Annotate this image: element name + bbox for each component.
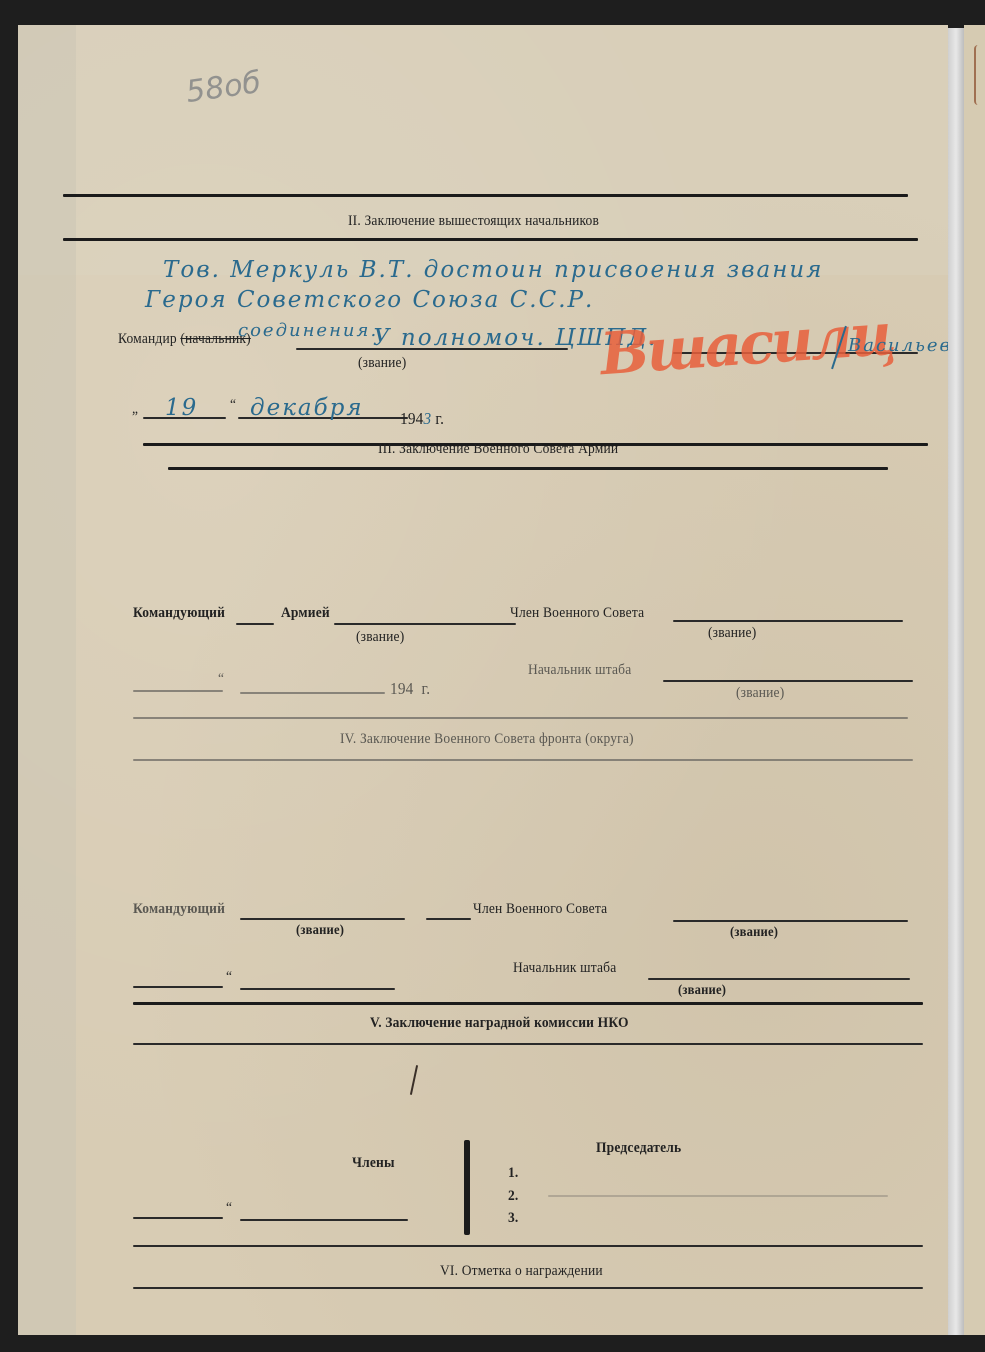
council-rank-caption: (звание) — [708, 625, 756, 642]
front-council-rank-line — [673, 920, 908, 922]
date-year: 194 г. — [390, 679, 430, 699]
document-page: 58об II. Заключение вышестоящих начальни… — [18, 25, 948, 1335]
scan-background — [0, 1335, 985, 1352]
divider — [133, 1043, 923, 1045]
quote-mark: “ — [226, 1200, 232, 1217]
adjacent-page-edge — [964, 25, 985, 1335]
divider — [133, 717, 908, 719]
front-chief-rank-line — [648, 978, 910, 980]
army-rank-line — [334, 623, 516, 625]
chief-rank-line — [663, 680, 913, 682]
army-chief-of-staff-label: Начальник штаба — [528, 662, 631, 679]
date-quote-close: “ — [230, 397, 236, 414]
vertical-separator — [464, 1140, 470, 1235]
faint-line — [548, 1195, 888, 1197]
army-rank-caption: (звание) — [356, 629, 404, 646]
handwritten-recommendation-line2: Героя Советского Союза С.С.Р. — [145, 287, 594, 313]
date-year-prefix: 194 — [400, 409, 423, 428]
date-month-line — [240, 692, 385, 694]
council-rank-line — [673, 620, 903, 622]
date-month-line — [240, 988, 395, 990]
date-day-line — [133, 986, 223, 988]
date-g: г. — [422, 679, 431, 698]
section-6-title: VI. Отметка о награждении — [440, 1263, 603, 1280]
handwritten-insert: соединения. — [238, 320, 378, 341]
front-commander-rank-caption: (звание) — [296, 923, 344, 939]
commander-label-text: Командир — [118, 331, 177, 347]
section-4-title: IV. Заключение Военного Совета фронта (о… — [340, 731, 634, 748]
blank-line — [236, 623, 274, 625]
date-month-line — [240, 1219, 408, 1221]
date-year-suffix: 3 — [423, 409, 431, 428]
struck-label: (начальник) — [180, 331, 250, 347]
member-3: 3. — [508, 1210, 518, 1227]
front-chief-of-staff-label: Начальник штаба — [513, 960, 616, 977]
date-day: 19 — [165, 395, 198, 421]
date-year-prefix: 194 — [390, 679, 413, 698]
paper-left-strip — [18, 25, 76, 1335]
divider — [133, 1245, 923, 1247]
divider — [168, 467, 888, 470]
army-label: Армией — [281, 605, 330, 622]
front-council-member-label: Член Военного Совета — [473, 901, 607, 918]
section-2-title: II. Заключение вышестоящих начальников — [348, 213, 599, 230]
divider — [63, 238, 918, 241]
date-year: 1943 г. — [400, 409, 444, 429]
handwritten-recommendation-line1: Тов. Меркуль В.Т. достоин присвоения зва… — [163, 257, 823, 283]
member-2: 2. — [508, 1188, 518, 1205]
divider — [133, 1002, 923, 1005]
front-commander-rank-line — [240, 918, 405, 920]
front-council-rank-caption: (звание) — [730, 925, 778, 941]
front-chief-rank-caption: (звание) — [678, 983, 726, 999]
divider — [63, 194, 908, 197]
quote-mark: “ — [226, 969, 232, 986]
army-commander-label: Командующий — [133, 605, 225, 622]
signer-name: Васильев — [848, 335, 952, 356]
divider — [133, 1287, 923, 1289]
date-month: декабря — [250, 395, 364, 421]
date-day-line — [133, 1217, 223, 1219]
pencil-stroke — [410, 1065, 418, 1095]
divider — [133, 759, 913, 761]
adjacent-page-mark — [974, 45, 982, 105]
chief-rank-caption: (звание) — [736, 685, 784, 702]
date-day-line — [133, 690, 223, 692]
section-5-title: V. Заключение наградной комиссии НКО — [370, 1015, 629, 1032]
members-label: Члены — [352, 1155, 395, 1172]
army-council-member-label: Член Военного Совета — [510, 605, 644, 622]
section-3-title: III. Заключение Военного Совета Армии — [378, 441, 618, 458]
date-g: г. — [435, 409, 444, 428]
member-1: 1. — [508, 1165, 518, 1182]
book-spine — [948, 28, 964, 1338]
rank-caption: (звание) — [358, 355, 406, 372]
blank-line — [426, 918, 471, 920]
quote-mark: “ — [218, 671, 224, 688]
commander-label: Командир (начальник) — [118, 331, 251, 348]
front-commander-label: Командующий — [133, 901, 225, 918]
chairman-label: Председатель — [596, 1140, 681, 1157]
date-quote-open: „ — [132, 401, 138, 418]
